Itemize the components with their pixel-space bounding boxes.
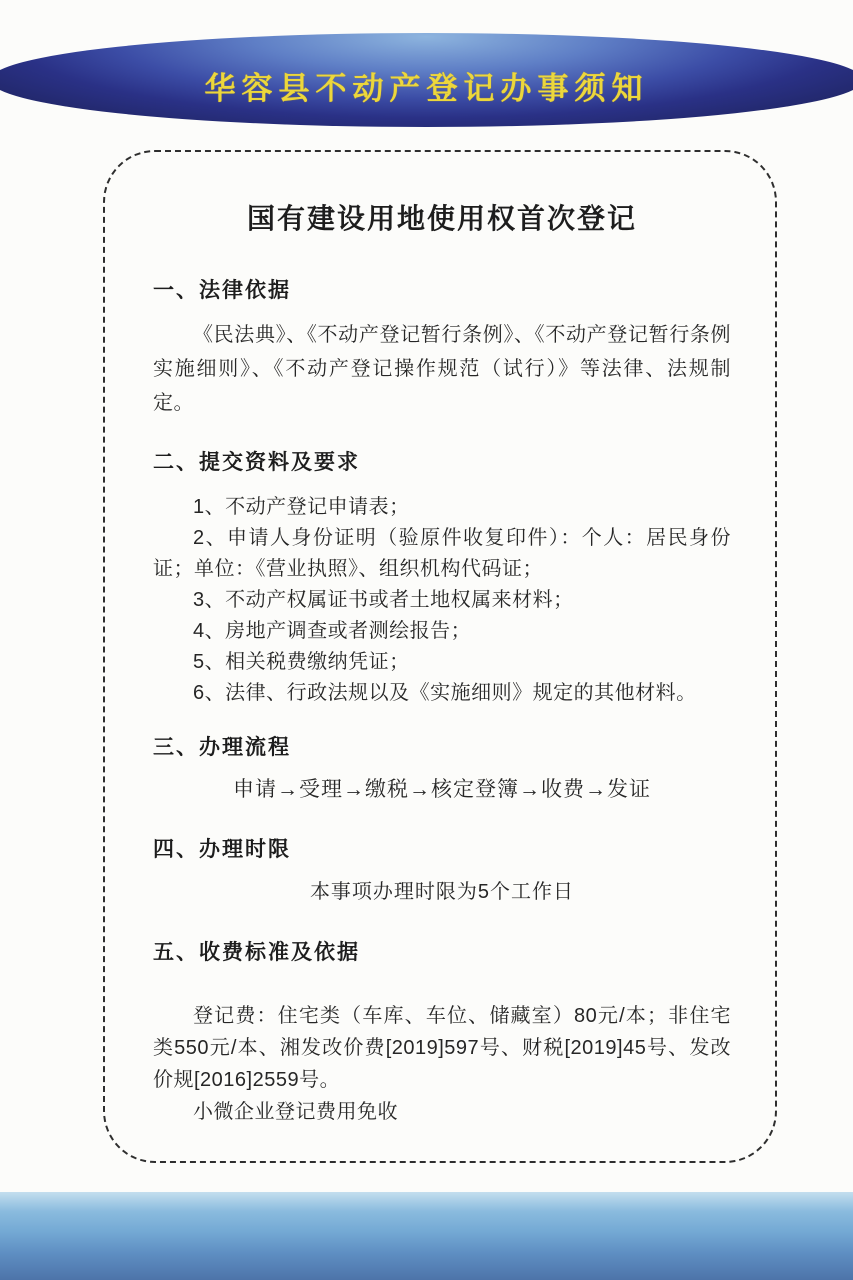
materials-list: 1、不动产登记申请表； 2、申请人身份证明（验原件收复印件）：个人：居民身份证；… (153, 492, 731, 709)
fee-waiver-note: 小微企业登记费用免收 (153, 1096, 731, 1128)
list-item: 6、法律、行政法规以及《实施细则》规定的其他材料。 (153, 678, 731, 709)
section-heading-legal-basis: 一、法律依据 (153, 278, 731, 304)
section-heading-process: 三、办理流程 (153, 735, 731, 761)
list-item: 1、不动产登记申请表； (153, 492, 731, 523)
section-required-materials: 二、提交资料及要求 1、不动产登记申请表； 2、申请人身份证明（验原件收复印件）… (153, 450, 731, 709)
section-heading-required-materials: 二、提交资料及要求 (153, 450, 731, 476)
footer-band (0, 1192, 853, 1280)
section-process: 三、办理流程 申请→受理→缴税→核定登簿→收费→发证 (153, 735, 731, 805)
section-fees: 五、收费标准及依据 登记费：住宅类（车库、车位、储藏室）80元/本；非住宅类55… (153, 940, 731, 1128)
section-legal-basis: 一、法律依据 《民法典》、《不动产登记暂行条例》、《不动产登记暂行条例实施细则》… (153, 278, 731, 420)
legal-basis-paragraph: 《民法典》、《不动产登记暂行条例》、《不动产登记暂行条例实施细则》、《不动产登记… (153, 318, 731, 420)
document-card: 国有建设用地使用权首次登记 一、法律依据 《民法典》、《不动产登记暂行条例》、《… (103, 150, 777, 1163)
banner-background: 华容县不动产登记办事须知 (0, 33, 853, 127)
list-item: 3、不动产权属证书或者土地权属来材料； (153, 585, 731, 616)
list-item: 4、房地产调查或者测绘报告； (153, 616, 731, 647)
process-flow: 申请→受理→缴税→核定登簿→收费→发证 (153, 775, 731, 805)
page-title: 国有建设用地使用权首次登记 (153, 200, 731, 240)
notice-page: 华容县不动产登记办事须知 国有建设用地使用权首次登记 一、法律依据 《民法典》、… (0, 0, 853, 1280)
section-time-limit: 四、办理时限 本事项办理时限为5个工作日 (153, 837, 731, 907)
list-item: 2、申请人身份证明（验原件收复印件）：个人：居民身份证；单位：《营业执照》、组织… (153, 523, 731, 585)
banner-title: 华容县不动产登记办事须知 (205, 53, 649, 108)
time-limit-text: 本事项办理时限为5个工作日 (153, 877, 731, 907)
list-item: 5、相关税费缴纳凭证； (153, 647, 731, 678)
section-heading-fees: 五、收费标准及依据 (153, 940, 731, 966)
fee-standard-paragraph: 登记费：住宅类（车库、车位、储藏室）80元/本；非住宅类550元/本、湘发改价费… (153, 1000, 731, 1096)
banner: 华容县不动产登记办事须知 (0, 0, 853, 140)
section-heading-time-limit: 四、办理时限 (153, 837, 731, 863)
